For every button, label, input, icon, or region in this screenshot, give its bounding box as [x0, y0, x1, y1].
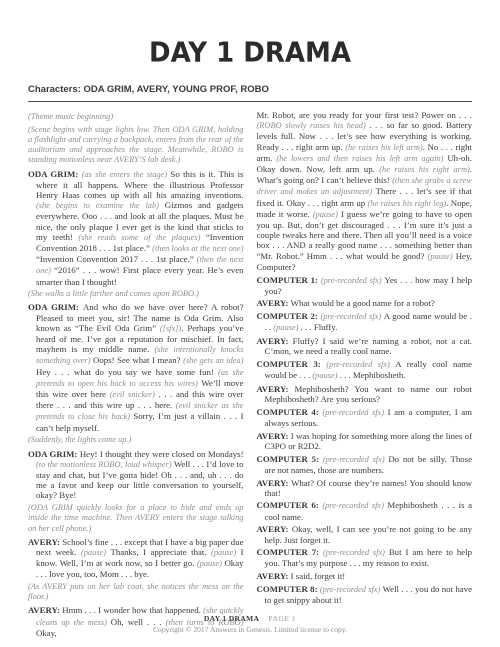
dialogue-paragraph: AVERY: School’s fine . . . except that I… — [28, 537, 244, 580]
speaker-name: AVERY: — [257, 298, 291, 308]
speaker-name: COMPUTER 7: — [257, 547, 324, 557]
dialogue-paragraph: AVERY: I said, forget it! — [257, 571, 473, 581]
stage-direction-inline: (he raises his right arm) — [379, 165, 470, 174]
stage-direction-inline: (he raises his left arm) — [345, 143, 423, 152]
speaker-name: AVERY: — [257, 336, 293, 346]
page-footer: DAY 1 DRAMAPAGE 1 Copyright © 2017 Answe… — [0, 613, 500, 635]
dialogue-text: “Invention Convention 2017 . . . 1st pla… — [36, 254, 197, 264]
characters-line: Characters: ODA GRIM, AVERY, YOUNG PROF,… — [28, 84, 472, 95]
dialogue-text: Thanks, I appreciate that. — [110, 547, 211, 557]
speaker-name: AVERY: — [257, 524, 292, 534]
stage-direction-inline: (pause) — [197, 559, 225, 568]
dialogue-text: Hey . . . what do you say we have some f… — [36, 367, 218, 377]
speaker-name: COMPUTER 2: — [257, 311, 321, 321]
speaker-name: AVERY: — [257, 384, 295, 394]
stage-direction-inline: (ODA GRIM quickly looks for a place to h… — [28, 503, 244, 532]
stage-direction-inline: (pause) — [312, 371, 337, 380]
speaker-name: COMPUTER 6: — [257, 500, 323, 510]
dialogue-paragraph: COMPUTER 3: (pre-recorded sfx) A really … — [257, 359, 473, 381]
stage-direction-inline: (pause) — [313, 210, 341, 219]
speaker-name: COMPUTER 3: — [257, 359, 327, 369]
stage-direction-inline: (pre-recorded sfx) — [322, 501, 387, 510]
right-column: Mr. Robot, are you ready for your first … — [257, 110, 473, 641]
speaker-name: ODA GRIM: — [28, 449, 80, 459]
stage-direction-inline: (Scene begins with stage lights low. The… — [28, 125, 244, 165]
dialogue-paragraph: ODA GRIM: (as she enters the stage) So t… — [28, 169, 244, 287]
stage-direction-inline: (pre-recorded sfx) — [323, 455, 389, 464]
speaker-name: AVERY: — [257, 478, 292, 488]
dialogue-paragraph: AVERY: What? Of course they’re names! Yo… — [257, 478, 473, 498]
stage-direction-inline: (pre-recorded sfx) — [321, 276, 385, 285]
stage-direction-inline: (as she enters the stage) — [82, 170, 171, 179]
stage-direction: (She walks a little farther and comes up… — [28, 289, 244, 299]
page-title: DAY 1 DRAMA — [28, 37, 472, 69]
stage-direction-inline: (he lowers and then raises his left arm … — [276, 154, 447, 163]
dialogue-text: Oops! See what I mean? — [93, 355, 183, 365]
stage-direction-inline: (pause) — [428, 252, 456, 261]
stage-direction: (Scene begins with stage lights low. The… — [28, 125, 244, 166]
stage-direction-inline: (ROBO slowly raises his head) — [257, 121, 370, 130]
stage-direction-inline: (she reads some of the plaques) — [78, 233, 206, 242]
dialogue-paragraph: AVERY: I was hoping for something more a… — [257, 431, 473, 451]
dialogue-paragraph: COMPUTER 6: (pre-recorded sfx) Mephibosh… — [257, 500, 473, 521]
speaker-name: COMPUTER 1: — [257, 275, 321, 285]
stage-direction-inline: (pre-recorded sfx) — [320, 585, 383, 594]
speaker-name: ODA GRIM: — [28, 302, 83, 312]
dialogue-paragraph: COMPUTER 7: (pre-recorded sfx) But I am … — [257, 547, 473, 568]
speaker-name: COMPUTER 8: — [257, 584, 320, 594]
speaker-name: COMPUTER 4: — [257, 407, 323, 417]
stage-direction: (ODA GRIM quickly looks for a place to h… — [28, 503, 244, 534]
stage-direction-inline: (pre-recorded sfx) — [326, 360, 395, 369]
dialogue-text: I said, forget it! — [291, 571, 346, 581]
stage-direction-inline: (he raises his right leg) — [367, 199, 446, 208]
dialogue-paragraph: COMPUTER 8: (pre-recorded sfx) Well . . … — [257, 584, 473, 605]
stage-direction-inline: (pre-recorded sfx) — [322, 408, 387, 417]
dialogue-paragraph: AVERY: What would be a good name for a r… — [257, 298, 473, 308]
dialogue-text: I was hoping for something more along th… — [265, 431, 473, 451]
dialogue-paragraph: COMPUTER 2: (pre-recorded sfx) A good na… — [257, 311, 473, 333]
dialogue-paragraph: COMPUTER 1: (pre-recorded sfx) Yes . . .… — [257, 275, 473, 296]
speaker-name: AVERY: — [28, 537, 62, 547]
header-divider-rule — [28, 101, 472, 102]
footer-copyright: Copyright © 2017 Answers in Genesis. Lim… — [0, 624, 500, 635]
speaker-name: AVERY: — [257, 431, 291, 441]
footer-doc-title: DAY 1 DRAMA — [204, 614, 259, 623]
speaker-name: COMPUTER 5: — [257, 454, 323, 464]
dialogue-text: “2016” . . . wow! First place every year… — [36, 265, 244, 286]
stage-direction-inline: (pre-recorded sfx) — [323, 548, 389, 557]
stage-direction-inline: (As AVERY puts on her lab coat, she noti… — [28, 582, 244, 601]
dialogue-text: Mephibosheth? You want to name our robot… — [265, 384, 473, 404]
dialogue-text: Mr. Robot, are you ready for your first … — [257, 110, 473, 120]
stage-direction-inline: (pause) — [211, 548, 241, 557]
dialogue-paragraph: AVERY: Fluffy? I said we’re naming a rob… — [257, 336, 473, 356]
dialogue-text: Hey! I thought they were closed on Monda… — [80, 449, 244, 459]
dialogue-text: . . . Mephibosheth. — [338, 370, 406, 380]
stage-direction: (As AVERY puts on her lab coat, she noti… — [28, 582, 244, 602]
dialogue-paragraph: AVERY: Okay, well, I can see you’re not … — [257, 524, 473, 544]
stage-direction-inline: (pause) — [81, 548, 111, 557]
footer-page-number: PAGE 1 — [268, 614, 296, 623]
dialogue-paragraph: ODA GRIM: And who do we have over here? … — [28, 302, 244, 432]
dialogue-paragraph: ODA GRIM: Hey! I thought they were close… — [28, 449, 244, 501]
footer-title-line: DAY 1 DRAMAPAGE 1 — [0, 613, 500, 624]
stage-direction-inline: (Theme music beginning) — [28, 112, 113, 121]
stage-direction-inline: (evil snicker) — [110, 390, 155, 399]
stage-direction-inline: (pre-recorded sfx) — [320, 312, 383, 321]
speaker-name: AVERY: — [257, 571, 291, 581]
dialogue-text: . . . Fluffy. — [298, 322, 337, 332]
stage-direction-inline: (Suddenly, the lights come up.) — [28, 435, 131, 444]
dialogue-paragraph: AVERY: Mephibosheth? You want to name ou… — [257, 384, 473, 404]
dialogue-paragraph: Mr. Robot, are you ready for your first … — [257, 110, 473, 272]
stage-direction-inline: (she begins to examine the lab) — [36, 201, 165, 210]
stage-direction-inline: (then looks at the next one) — [152, 244, 243, 253]
dialogue-text: What? Of course they’re names! You shoul… — [265, 478, 473, 498]
dialogue-text: Okay, well, I can see you’re not going t… — [265, 524, 473, 544]
dialogue-text: Fluffy? I said we’re naming a robot, not… — [265, 336, 473, 356]
left-column: (Theme music beginning)(Scene begins wit… — [28, 110, 244, 641]
stage-direction-inline: ([sfx]) — [160, 324, 181, 333]
stage-direction-inline: (to the motionless ROBO, loud whisper) — [36, 460, 174, 469]
dialogue-paragraph: COMPUTER 4: (pre-recorded sfx) I am a co… — [257, 407, 473, 428]
stage-direction-inline: (she gets an idea) — [183, 356, 243, 365]
script-columns: (Theme music beginning)(Scene begins wit… — [28, 110, 472, 641]
stage-direction-inline: (She walks a little farther and comes up… — [28, 289, 199, 298]
stage-direction: (Suddenly, the lights come up.) — [28, 435, 244, 445]
script-page: DAY 1 DRAMA Characters: ODA GRIM, AVERY,… — [0, 0, 500, 641]
speaker-name: ODA GRIM: — [28, 169, 82, 179]
stage-direction-inline: (pause) — [273, 323, 298, 332]
dialogue-paragraph: COMPUTER 5: (pre-recorded sfx) Do not be… — [257, 454, 473, 475]
dialogue-text: What would be a good name for a robot? — [291, 298, 435, 308]
stage-direction: (Theme music beginning) — [28, 112, 244, 122]
